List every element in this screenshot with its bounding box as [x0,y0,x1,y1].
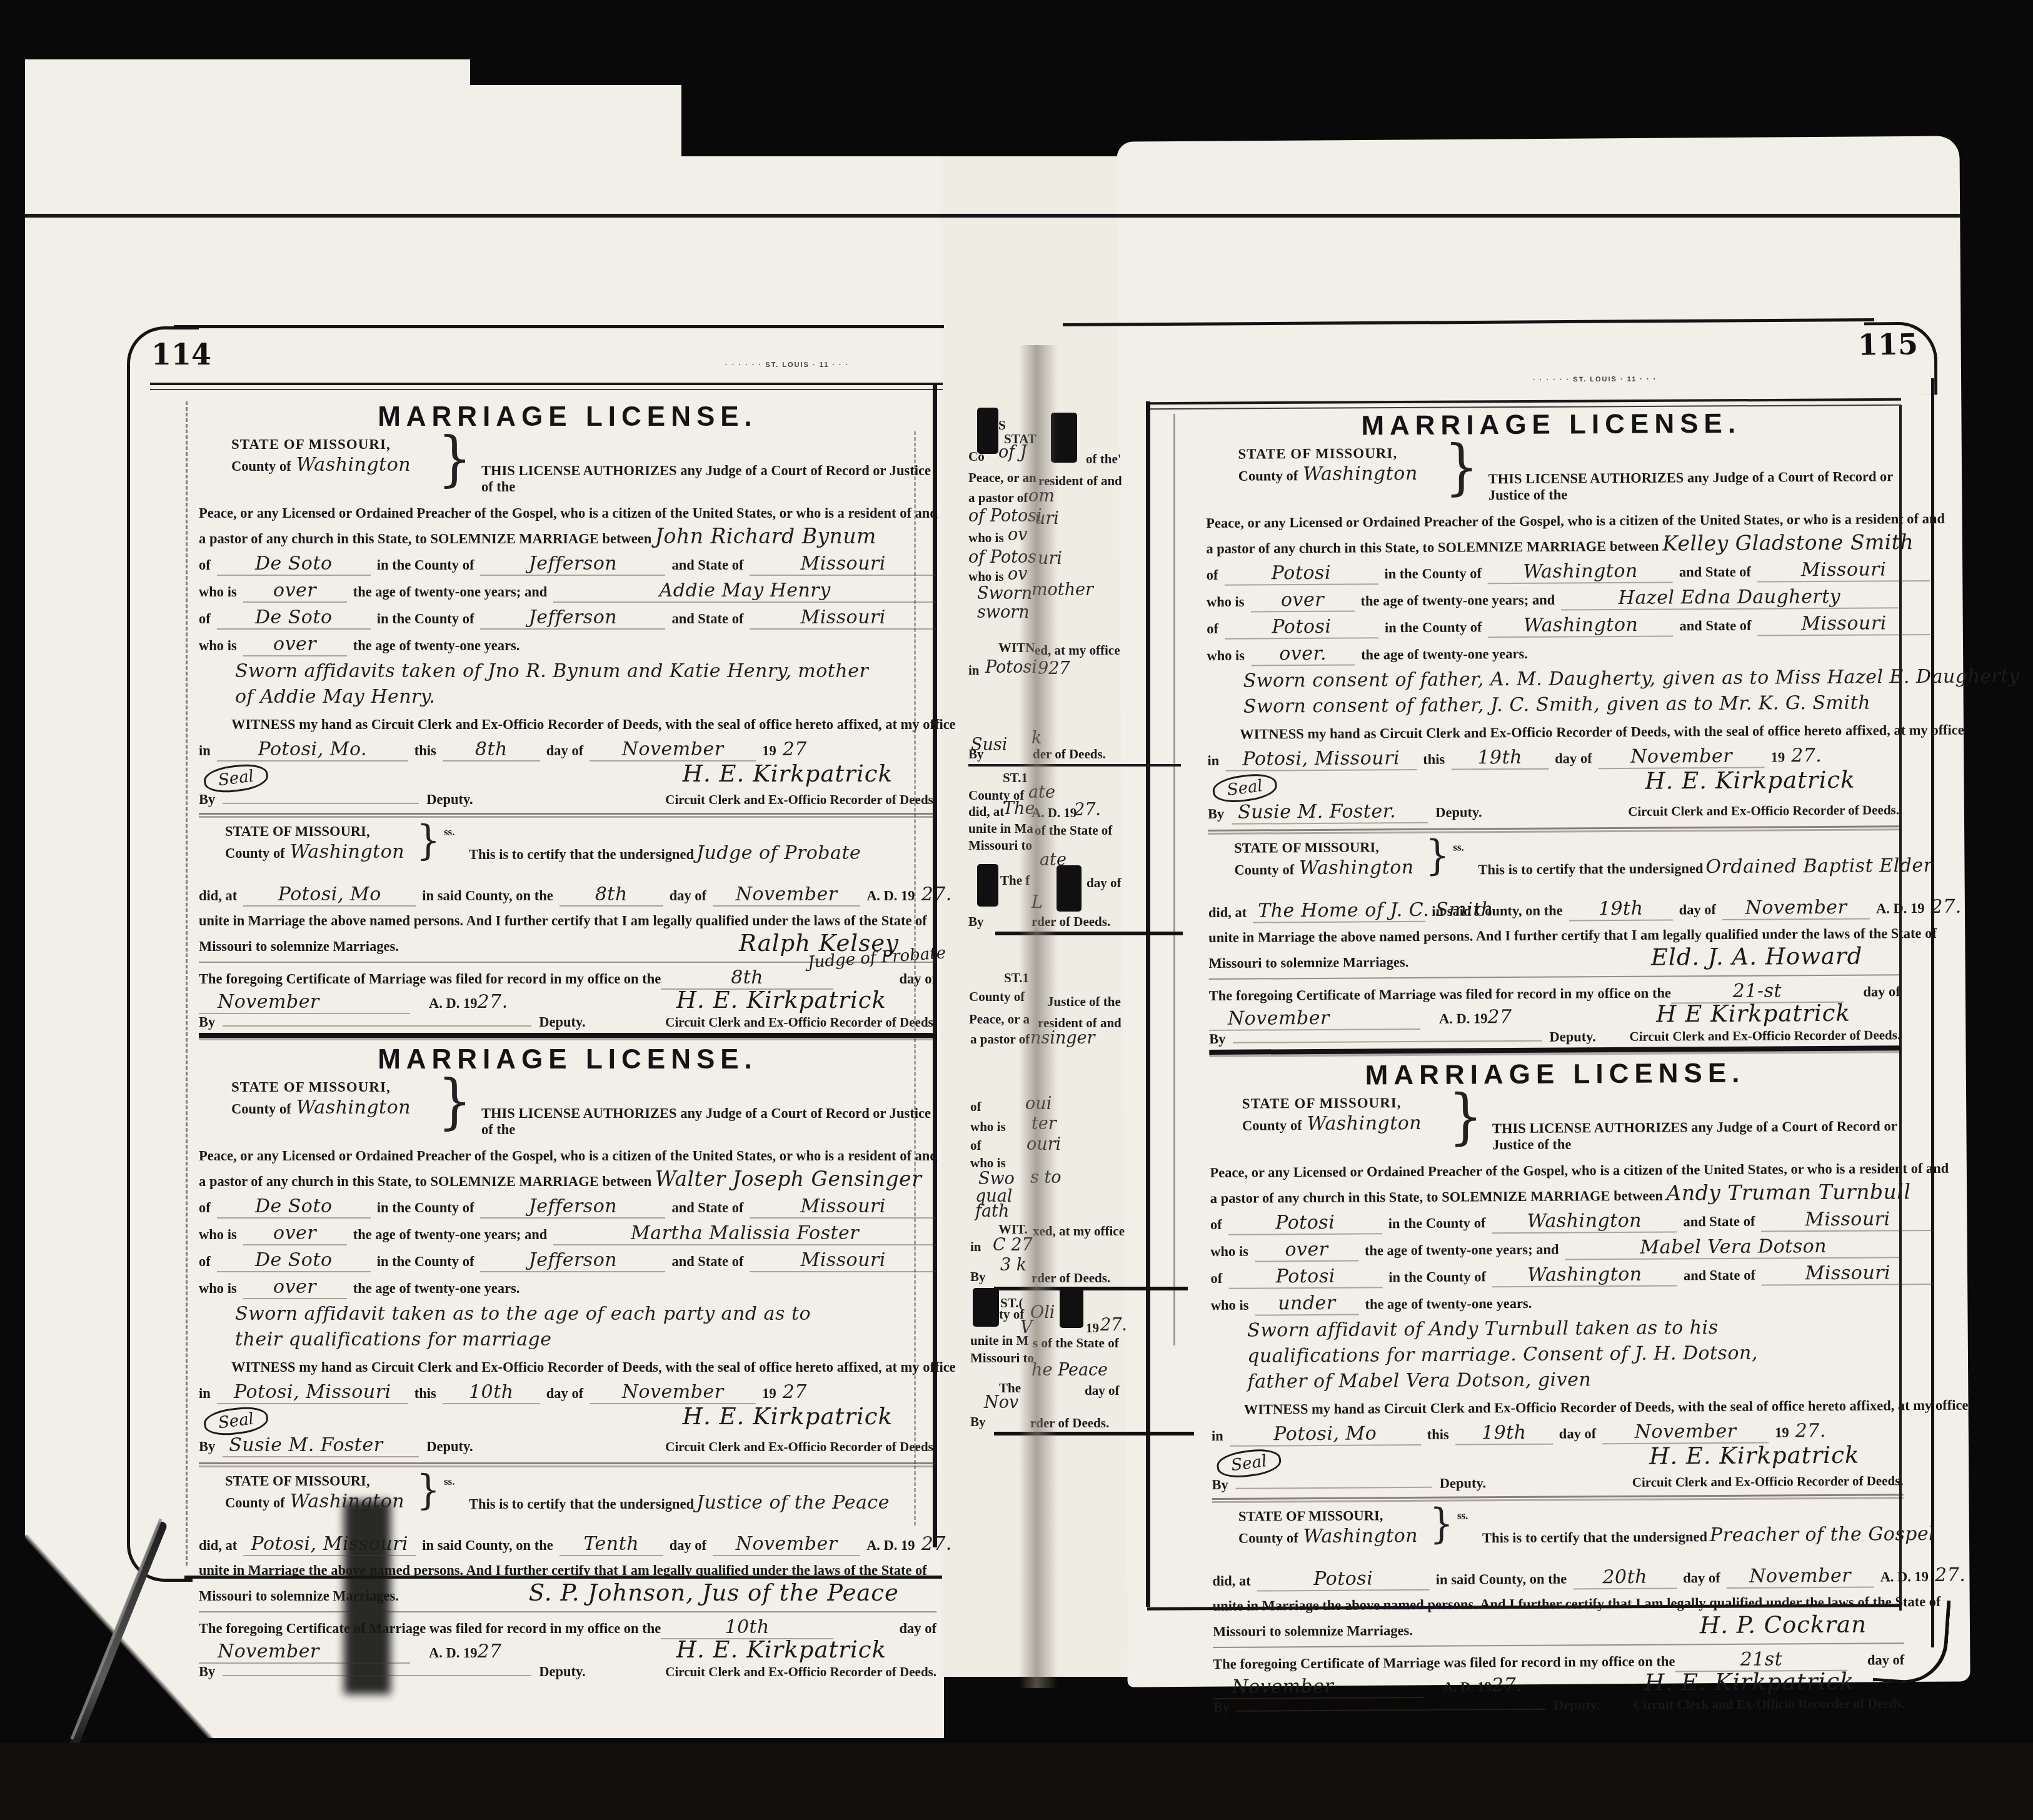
certificate-header: STATE OF MISSOURI, County of Washington … [1212,1504,1904,1565]
ad-label: A. D. 19 [1443,1679,1492,1695]
gutter-fragment: day of [1087,875,1121,891]
officiant-signature-block: S. P. Johnson, Jus of the Peace [529,1579,899,1606]
officiant-title: Preacher of the Gospel [1710,1523,1935,1546]
bride-age: over. [1251,643,1355,666]
witness-place: Potosi, Missouri [217,1381,408,1404]
gutter-fragment: By [968,914,984,930]
year-prefix: 19 [762,743,776,759]
authorize-line-3-text: a pastor of any church in this State, to… [199,1174,651,1189]
state-label2: and State of [671,1254,743,1270]
state-label: STATE OF MISSOURI, [225,823,425,840]
groom-age: over [1255,1239,1358,1262]
bride-age-row: who is over the age of twenty-one years. [199,633,936,656]
witness-month: November [590,738,756,762]
day-of-label: day of [900,1621,936,1637]
section-divider [1212,1494,1904,1500]
officiant-signature-block: Ralph Kelsey Judge of Probate [739,930,899,957]
gutter-fragment: Co [968,449,985,465]
authorize-line-2: Peace, or any Licensed or Ordained Preac… [199,503,936,523]
left-page-number: 114 [151,338,211,371]
witness-year: 27 [783,738,807,760]
authorize-line-3: a pastor of any church in this State, to… [199,526,936,549]
section-divider [199,813,936,815]
marriage-year: 27. [1935,1564,1965,1586]
witness-month: November [1599,745,1765,770]
bride-residence-row: of De Soto in the County of Jefferson an… [199,606,936,630]
bride-age-row: who is under the age of twenty-one years… [1211,1289,1902,1316]
groom-county: Jefferson [480,1195,665,1219]
filed-year: 27 [1487,1006,1512,1028]
by-label: By [1212,1477,1228,1493]
witness-place: Potosi, Missouri [1225,747,1417,772]
clerk-title: Circuit Clerk and Ex-Officio Recorder of… [665,1664,936,1680]
thin-rule [1213,1642,1904,1648]
gutter-fold-shadow [1019,345,1058,1688]
bride-age: over [243,1276,347,1299]
filed-year: 27. [478,991,508,1013]
marriage-license-form: MARRIAGE LICENSE. STATE OF MISSOURI, Cou… [199,401,936,1030]
license-title: MARRIAGE LICENSE. [199,401,936,433]
groom-state: Missouri [1761,1208,1934,1232]
witness-day: 19th [1451,747,1549,770]
unite-clause-2: Missouri to solemnize Marriages. [1213,1622,1413,1640]
left-printer-mark: · · · · · · ST. LOUIS · 11 · · · [725,361,849,369]
in-county-label: in the County of [377,1254,474,1270]
gutter-fragment: County of [969,989,1025,1005]
day-of-label: day of [546,1385,583,1402]
filed-year: 27 [478,1641,502,1662]
authorize-line-3: a pastor of any church in this State, to… [1210,1181,1902,1209]
thin-rule [1209,974,1900,980]
license-separator [199,1033,936,1038]
county-value: Washington [296,454,411,476]
deputy-row-2: By Deputy. Circuit Clerk and Ex-Officio … [199,1014,936,1030]
county-value: Washington [296,1097,411,1119]
ad-label: A. D. 19 [1876,900,1925,917]
deputy-label: Deputy. [1435,804,1482,820]
marriage-year: 27. [921,883,952,905]
affidavit-note-2: Sworn consent of father, J. C. Smith, gi… [1243,691,1899,717]
clerk-title: Circuit Clerk and Ex-Officio Recorder of… [1634,1696,1905,1713]
bride-age: under [1255,1292,1358,1316]
marriage-license-form: MARRIAGE LICENSE. STATE OF MISSOURI, Cou… [1209,1057,1904,1716]
in-label: in [199,743,211,759]
bride-age: over [243,633,347,656]
did-at-label: did, at [199,888,237,904]
bride-county: Jefferson [480,606,665,630]
gutter-fragment [1057,865,1082,912]
affidavit-note-1: Sworn affidavits taken of Jno R. Bynum a… [235,660,936,682]
county-value: Washington [1303,463,1418,485]
groom-residence-row: of De Soto in the County of Jefferson an… [199,553,936,576]
by-label: By [199,1014,215,1030]
of-label: of [199,1200,211,1216]
county-value2: Washington [290,841,404,863]
deputy-name-2 [223,1025,531,1027]
right-frame-outer-right [1931,378,1934,1647]
witness-place: Potosi, Mo [1230,1422,1421,1447]
deputy-label: Deputy. [539,1014,585,1030]
notary-seal: Seal [203,762,269,795]
this-label: this [414,1385,436,1402]
gutter-fragment: of [970,1138,981,1154]
gutter-fragment: did, at [968,804,1004,820]
license-gensinger-foster: MARRIAGE LICENSE. STATE OF MISSOURI, Cou… [199,1044,936,1680]
certificate-header: STATE OF MISSOURI, County of Washington … [199,823,936,880]
gutter-fragment: in [970,1239,981,1255]
clerk-title: Circuit Clerk and Ex-Officio Recorder of… [665,792,936,808]
clerk-title: Circuit Clerk and Ex-Officio Recorder of… [1632,1473,1904,1491]
groom-residence-row: of Potosi in the County of Washington an… [1207,558,1898,586]
bride-county: Washington [1492,1263,1677,1287]
witness-clause: WITNESS my hand as Circuit Clerk and Ex-… [1244,1395,1903,1419]
county-label: County of [225,845,285,862]
age-and-label: the age of twenty-one years; and [1360,592,1555,610]
marriage-day: Tenth [560,1533,663,1556]
gutter-fragment: of the' [1086,451,1122,467]
age-end-label: the age of twenty-one years. [1365,1295,1532,1313]
gutter-fragment: Swo [978,1169,1015,1189]
gutter-fragment: By [970,1414,986,1430]
day-of-label: day of [1559,1425,1597,1442]
gutter-fragment [968,764,1181,767]
deputy-row: By Deputy. Circuit Clerk and Ex-Officio … [199,792,936,808]
state-label2: and State of [1679,618,1751,635]
filed-month: November [1213,1675,1424,1699]
marriage-place: Potosi, Missouri [243,1533,416,1556]
groom-city: Potosi [1224,561,1378,586]
who-is-label: who is [199,1227,237,1243]
bride-city: Potosi [1228,1265,1382,1289]
groom-city: Potosi [1228,1211,1382,1235]
age-end-label: the age of twenty-one years. [353,638,520,654]
left-margin-dashed-line [186,401,188,1566]
county-value: Washington [1307,1112,1422,1135]
affidavit-note-2: their qualifications for marriage [235,1329,936,1350]
by-label: By [1213,1699,1230,1716]
of-label: of [199,557,211,573]
license-header: STATE OF MISSOURI, County of Washington … [199,436,936,500]
gutter-fragment [977,864,998,907]
authorize-line-1: THIS LICENSE AUTHORIZES any Judge of a C… [1488,442,1897,503]
gutter-fragment: 27. [1100,1315,1127,1335]
license-header: STATE OF MISSOURI, County of Washington … [199,1079,936,1143]
marriage-license-form: MARRIAGE LICENSE. STATE OF MISSOURI, Cou… [199,1044,936,1680]
certify-text: This is to certify that the undersigned [469,1496,694,1512]
officiant-signature: H. P. Cockran [1700,1611,1867,1639]
officiant-title: Judge of Probate [696,842,861,864]
groom-residence-row: of Potosi in the County of Washington an… [1210,1208,1902,1235]
authorize-line-1: THIS LICENSE AUTHORIZES any Judge of a C… [481,436,936,495]
witness-year: 27. [1791,745,1822,767]
gutter-fragment: of [970,1099,981,1115]
groom-age-row: who is over the age of twenty-one years;… [199,1222,936,1245]
in-label: in [1207,753,1219,769]
marriage-license-form: MARRIAGE LICENSE. STATE OF MISSOURI, Cou… [1205,407,1900,1047]
brace-glyph: } [438,1067,472,1137]
marriage-month: November [713,1533,860,1556]
affidavit-note-3: father of Mabel Vera Dotson, given [1247,1367,1902,1392]
filed-clause: The foregoing Certificate of Marriage wa… [1209,985,1671,1004]
marriage-month: November [713,883,860,907]
right-printer-mark: · · · · · · ST. LOUIS · 11 · · · [1533,375,1657,383]
groom-name: Kelley Gladstone Smith [1662,530,1914,555]
marriage-date-row: did, at Potosi, Mo in said County, on th… [199,883,936,907]
authorize-line-3-text: a pastor of any church in this State, to… [1210,1188,1663,1206]
in-county-label: in the County of [377,611,474,627]
this-label: this [1423,752,1445,768]
of-label: of [1210,1217,1222,1233]
ad-label: A. D. 19 [1880,1569,1929,1585]
in-county-label: in the County of [1388,1269,1486,1285]
groom-age: over [243,580,347,603]
filing-clerk-signature: H. E. Kirkpatrick [676,987,886,1013]
filed-month-row: November A. D. 19 27 H. E. Kirkpatrick [199,1641,936,1664]
witness-year: 27 [783,1381,807,1403]
bride-age-row: who is over the age of twenty-one years. [199,1276,936,1299]
marriage-year: 27. [921,1533,952,1555]
bride-age-row: who is over. the age of twenty-one years… [1207,639,1898,666]
unite-signature-row: Missouri to solemnize Marriages. S. P. J… [199,1584,936,1606]
section-divider [1208,825,1899,832]
state-county-block2: STATE OF MISSOURI, County of Washington [225,1473,425,1512]
license-title: MARRIAGE LICENSE. [1209,1057,1900,1092]
by-label: By [199,1664,215,1680]
deputy-label: Deputy. [539,1664,585,1680]
affidavit-note-1: Sworn affidavit taken as to the age of e… [235,1303,936,1325]
deputy-label: Deputy. [1440,1475,1487,1491]
state-label2: and State of [671,1200,743,1216]
state-label: STATE OF MISSOURI, [225,1473,425,1489]
state-label2: and State of [1683,1214,1755,1230]
filed-month-row: November A. D. 19 27. H. E. Kirkpatrick [199,991,936,1014]
bride-name: Addie May Henry [553,580,936,603]
marriage-place: The Home of J. C. Smith [1253,899,1425,923]
groom-age-row: who is over the age of twenty-one years;… [1210,1235,1902,1262]
marriage-month: November [1726,1565,1874,1589]
seal-signature-row: Seal H. E. Kirkpatrick [1208,771,1899,802]
day-of-label: day of [1863,983,1900,1000]
groom-name: Walter Joseph Gensinger [655,1167,922,1191]
brace-glyph: } [1448,1082,1483,1152]
by-label: By [199,792,215,808]
license-header: STATE OF MISSOURI, County of Washington … [1210,1092,1902,1160]
bride-state: Missouri [750,606,936,630]
in-said-county-label: in said County, on the [1432,903,1563,920]
of-label: of [1210,1270,1222,1287]
year-prefix: 19 [762,1385,776,1402]
by-label: By [1208,806,1224,822]
gutter-fragment: in [968,663,980,678]
county-value2: Washington [290,1491,404,1512]
age-and-label: the age of twenty-one years; and [353,1227,548,1243]
ad-label: A. D. 19 [429,995,478,1012]
state-county-block: STATE OF MISSOURI, County of Washington [231,1079,438,1119]
who-is-label: who is [1210,1244,1248,1260]
day-of-label: day of [670,1537,706,1554]
marriage-month: November [1722,897,1870,920]
gutter-fragment: Nov [984,1393,1018,1412]
in-county-label: in the County of [1385,619,1482,636]
witness-date-row: in Potosi, Mo. this 8th day of November … [199,738,936,762]
county-label: County of [225,1495,285,1511]
age-and-label: the age of twenty-one years; and [1365,1242,1559,1259]
witness-month: November [1602,1420,1769,1445]
county-label: County of [231,458,291,475]
did-at-label: did, at [199,1537,237,1554]
license-turnbull-dotson: MARRIAGE LICENSE. STATE OF MISSOURI, Cou… [1209,1057,1904,1716]
day-of-label: day of [546,743,583,759]
state-label2: and State of [1684,1267,1755,1284]
age-end-label: the age of twenty-one years. [353,1280,520,1297]
deputy-name: Susie M. Foster [223,1434,419,1457]
authorize-line-3-text: a pastor of any church in this State, to… [1206,538,1659,556]
bride-city: De Soto [217,1249,371,1272]
gutter-fragment: By [968,747,984,762]
gutter-fragment [977,408,998,454]
witness-date-row: in Potosi, Missouri this 10th day of Nov… [199,1381,936,1404]
witness-month: November [590,1381,756,1404]
affidavit-note-2: of Addie May Henry. [235,686,936,708]
gutter-fragment [973,1288,999,1327]
deputy-row: By Deputy. Circuit Clerk and Ex-Officio … [1212,1472,1903,1493]
section-divider [199,1462,936,1464]
groom-county: Washington [1488,560,1673,584]
state-label2: and State of [671,611,743,627]
county-label: County of [1234,862,1294,878]
in-county-label: in the County of [377,557,474,573]
in-county-label: in the County of [1384,565,1482,582]
of-label: of [1207,567,1218,583]
officiant-signature-block: H. P. Cockran [1700,1611,1867,1639]
day-of-label: day of [1867,1652,1905,1668]
clerk-title: Circuit Clerk and Ex-Officio Recorder of… [1628,802,1899,820]
bride-name: Mabel Vera Dotson [1565,1235,1902,1260]
of-label: of [199,611,211,627]
groom-state: Missouri [750,553,936,576]
groom-age: over [243,1222,347,1245]
who-is-label: who is [1211,1297,1249,1314]
clerk-title: Circuit Clerk and Ex-Officio Recorder of… [665,1015,936,1030]
affidavit-note-1: Sworn affidavit of Andy Turnbull taken a… [1247,1315,1902,1341]
marriage-date-row: did, at The Home of J. C. Smith in said … [1208,896,1900,923]
brace-glyph: } [416,817,440,865]
groom-name: John Richard Bynum [655,524,876,548]
authorize-line-2: Peace, or any Licensed or Ordained Preac… [1206,508,1897,533]
deputy-label: Deputy. [1554,1697,1600,1713]
county-label: County of [1242,1117,1302,1134]
bride-city: De Soto [217,606,371,630]
marriage-day: 8th [560,883,663,907]
ad-label: A. D. 19 [429,1645,478,1661]
state-county-block2: STATE OF MISSOURI, County of Washington [1234,839,1434,880]
state-county-block: STATE OF MISSOURI, County of Washington [1242,1095,1448,1135]
bride-residence-row: of De Soto in the County of Jefferson an… [199,1249,936,1272]
clerk-title: Circuit Clerk and Ex-Officio Recorder of… [665,1439,936,1455]
ss-label: ss. [444,1476,454,1488]
witness-place: Potosi, Mo. [217,738,408,762]
gutter-fragment: who is [968,530,1004,546]
left-frame-rule-2 [150,389,943,390]
filed-year: 27. [1492,1674,1522,1696]
unite-clause-1: unite in Marriage the above named person… [199,1560,936,1581]
bride-residence-row: of Potosi in the County of Washington an… [1207,612,1898,640]
in-said-county-label: in said County, on the [422,888,553,904]
certify-text: This is to certify that the undersigned [1482,1529,1707,1546]
right-page-number: 115 [1858,327,1919,362]
witness-clause: WITNESS my hand as Circuit Clerk and Ex-… [1240,720,1899,744]
clerk-signature: H. E. Kirkpatrick [683,1403,893,1430]
witness-year: 27. [1795,1420,1826,1442]
unite-clause-2: Missouri to solemnize Marriages. [199,1588,399,1604]
who-is-label: who is [199,584,237,600]
state-label: STATE OF MISSOURI, [1238,445,1444,463]
authorize-line-3: a pastor of any church in this State, to… [1206,531,1897,559]
right-frame-left [1146,401,1150,1607]
groom-age: over [1250,589,1354,613]
deputy-label: Deputy. [1549,1028,1596,1045]
unite-clause-2: Missouri to solemnize Marriages. [199,938,399,955]
right-margin-line [1173,414,1175,1345]
bride-state: Missouri [750,1249,936,1272]
in-said-county-label: in said County, on the [422,1537,553,1554]
marriage-place: Potosi, Mo [243,883,416,907]
marriage-place: Potosi [1257,1567,1430,1592]
in-county-label: in the County of [1388,1215,1486,1232]
deputy-row-2: By Deputy. Circuit Clerk and Ex-Officio … [199,1664,936,1680]
state-label: STATE OF MISSOURI, [1242,1095,1448,1112]
groom-city: De Soto [217,1195,371,1219]
gutter-fragment: By [970,1269,986,1285]
state-label: STATE OF MISSOURI, [231,1079,438,1095]
filed-month: November [199,991,410,1014]
gutter-fragment: day of [1085,1383,1119,1399]
this-label: this [1427,1427,1449,1443]
age-end-label: the age of twenty-one years. [1361,646,1528,663]
license-smith-daugherty: MARRIAGE LICENSE. STATE OF MISSOURI, Cou… [1205,407,1900,1047]
gutter-fragment: 19 [1086,1320,1099,1336]
top-page-edge-middle [336,85,681,163]
deputy-name-2 [1237,1709,1546,1712]
authorize-line-2: Peace, or any Licensed or Ordained Preac… [1210,1158,1901,1183]
filed-clause: The foregoing Certificate of Marriage wa… [199,971,661,987]
deputy-name [1236,1487,1432,1489]
brace-glyph: } [1444,432,1478,502]
filing-clerk-signature: H E Kirkpatrick [1656,1000,1850,1028]
witness-clause: WITNESS my hand as Circuit Clerk and Ex-… [231,714,936,735]
bride-state: Missouri [1762,1262,1934,1286]
scanner-bed-band [0,1743,2033,1820]
who-is-label: who is [199,638,237,654]
groom-county: Jefferson [480,553,665,576]
groom-state: Missouri [1757,558,1930,583]
deputy-label: Deputy. [426,1439,473,1455]
gutter-fragment: Justice of the [1047,994,1121,1010]
bride-county: Jefferson [480,1249,665,1272]
brace-glyph: } [1425,832,1450,880]
clerk-signature: H. E. Kirkpatrick [683,760,893,787]
notary-seal: Seal [1211,771,1278,805]
ad-label: A. D. 19 [866,888,915,904]
county-value2: Washington [1303,1525,1418,1547]
gutter-fragment: who is [968,569,1004,585]
unite-signature-row: Missouri to solemnize Marriages. H. P. C… [1213,1616,1904,1642]
groom-age-row: who is over the age of twenty-one years;… [199,580,936,603]
county-label: County of [1238,1530,1298,1547]
did-at-label: did, at [1208,905,1247,921]
certify-text: This is to certify that the undersigned [1478,860,1703,877]
who-is-label: who is [199,1280,237,1297]
